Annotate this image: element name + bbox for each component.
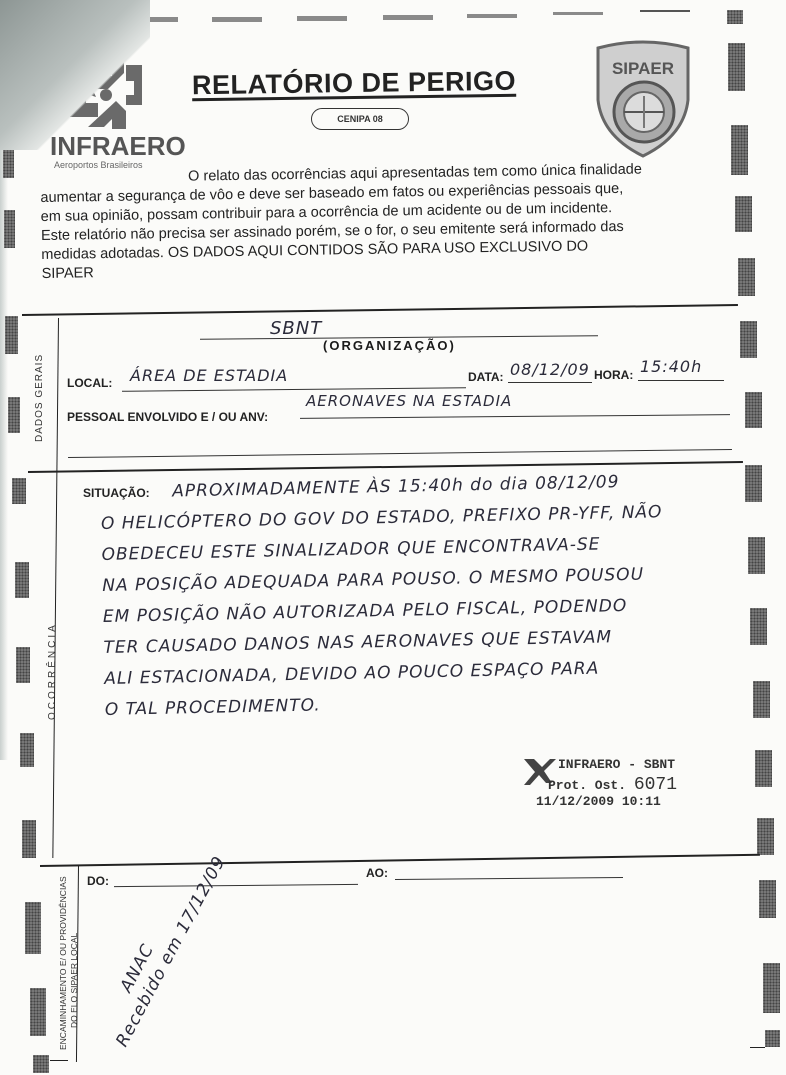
- organizacao-value[interactable]: SBNT: [270, 318, 322, 339]
- form-code-badge: CENIPA 08: [311, 108, 409, 130]
- timing-mark: [16, 647, 30, 683]
- timing-mark: [640, 10, 690, 12]
- ao-field[interactable]: [395, 877, 623, 880]
- timing-mark: [553, 12, 603, 15]
- data-underline: [508, 382, 592, 383]
- timing-mark: [727, 10, 743, 24]
- section-label-line: ENCAMINHAMENTO E/ OU PROVIDÊNCIAS: [58, 876, 69, 1050]
- timing-mark: [759, 880, 776, 918]
- do-label: DO:: [87, 874, 109, 888]
- hora-value[interactable]: 15:40h: [640, 357, 702, 376]
- section-label-ocorrencia: OCORRÊNCIA: [47, 622, 58, 720]
- organizacao-label: (ORGANIZAÇÃO): [323, 338, 456, 353]
- timing-mark: [757, 818, 774, 855]
- local-label: LOCAL:: [67, 376, 112, 390]
- section-label-line: DO ELO SIPAER LOCAL: [69, 876, 80, 1050]
- timing-mark: [25, 902, 41, 954]
- do-field[interactable]: [114, 884, 358, 887]
- frame-bottom-line: [50, 1060, 68, 1061]
- pessoal-envolvido-value[interactable]: AERONAVES NA ESTADIA: [306, 392, 512, 410]
- local-value[interactable]: ÁREA DE ESTADIA: [130, 366, 288, 385]
- stamp-prot-number: 6071: [634, 775, 677, 795]
- timing-mark: [383, 15, 433, 20]
- stamp-datetime: 11/12/2009 10:11: [528, 794, 677, 810]
- frame-line-3: [40, 854, 760, 867]
- timing-mark: [8, 397, 20, 433]
- data-label: DATA:: [468, 370, 504, 384]
- timing-mark: [731, 125, 748, 175]
- timing-mark: [3, 148, 14, 178]
- timing-mark: [212, 17, 262, 22]
- timing-mark: [765, 1030, 780, 1047]
- timing-mark: [755, 750, 772, 787]
- protocol-stamp: INFRAERO - SBNT Prot. Ost. 6071 11/12/20…: [528, 757, 677, 810]
- timing-mark: [297, 16, 347, 21]
- timing-mark: [753, 681, 770, 718]
- hora-underline: [638, 380, 724, 381]
- blank-line: [68, 449, 732, 458]
- intro-paragraph: O relato das ocorrências aqui apresentad…: [40, 159, 722, 284]
- timing-mark: [748, 537, 765, 574]
- timing-mark: [15, 562, 29, 598]
- sipaer-seal: SIPAER: [594, 40, 692, 163]
- situacao-narrative[interactable]: APROXIMADAMENTE ÀS 15:40h do dia 08/12/0…: [100, 465, 745, 726]
- timing-mark: [30, 988, 46, 1036]
- timing-mark: [740, 321, 757, 358]
- timing-mark: [467, 14, 517, 18]
- timing-mark: [738, 258, 755, 296]
- page-curl-shadow: [0, 0, 150, 150]
- timing-mark: [750, 608, 767, 645]
- section-label-encaminhamento: ENCAMINHAMENTO E/ OU PROVIDÊNCIAS DO ELO…: [58, 876, 80, 1050]
- timing-mark: [728, 43, 745, 91]
- timing-mark: [745, 465, 762, 502]
- timing-mark: [745, 392, 762, 428]
- stamp-prot-label: Prot. Ost.: [548, 778, 626, 793]
- ao-label: AO:: [366, 866, 388, 880]
- handwritten-forwarding-note: ANAC Recebido em 17/12/09: [92, 842, 231, 1051]
- timing-mark: [33, 1055, 49, 1073]
- frame-bottom-right: [750, 1047, 765, 1048]
- timing-mark: [12, 478, 26, 504]
- timing-mark: [4, 210, 15, 248]
- data-value[interactable]: 08/12/09: [510, 360, 590, 379]
- timing-mark: [5, 316, 18, 354]
- pessoal-underline: [300, 414, 730, 419]
- pessoal-envolvido-label: PESSOAL ENVOLVIDO E / OU ANV:: [67, 410, 268, 424]
- section-label-dados-gerais: DADOS GERAIS: [34, 354, 45, 442]
- frame-divider-left: [52, 318, 59, 858]
- hora-label: HORA:: [594, 368, 633, 382]
- timing-mark: [22, 820, 36, 858]
- sipaer-shield-icon: SIPAER: [594, 40, 692, 158]
- page-title: RELATÓRIO DE PERIGO: [192, 66, 516, 102]
- timing-mark: [20, 733, 34, 767]
- stamp-line-1: INFRAERO - SBNT: [528, 757, 677, 773]
- svg-text:SIPAER: SIPAER: [612, 59, 674, 78]
- timing-mark: [763, 963, 780, 1013]
- timing-mark: [735, 196, 752, 232]
- frame-top-line: [22, 304, 738, 316]
